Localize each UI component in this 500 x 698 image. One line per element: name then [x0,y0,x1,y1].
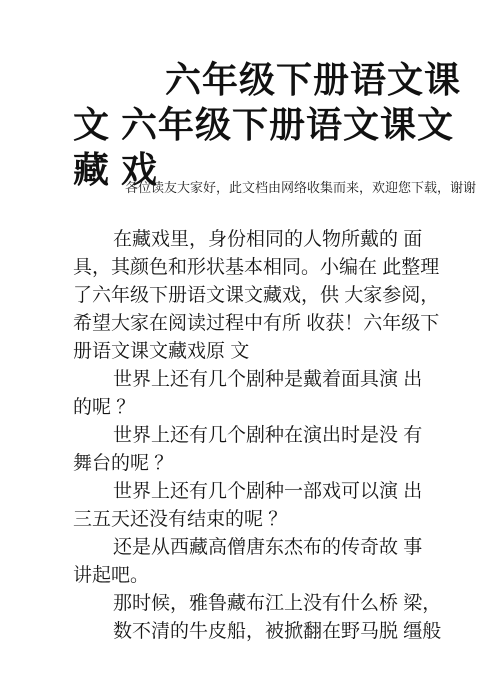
body-line: 具，其颜色和形状基本相同。小编在 此整理 [73,254,473,282]
document-title: 六年级下册语文课 文 六年级下册语文课文 藏 戏 [73,57,483,192]
body-line: 册语文课文藏戏原 文 [73,338,473,366]
body-line: 世界上还有几个剧种是戴着面具演 出 [73,366,473,394]
body-line: 那时候，雅鲁藏布江上没有什么桥 梁， [73,590,473,618]
body-line: 世界上还有几个剧种一部戏可以演 出 [73,478,473,506]
body-line: 数不清的牛皮船，被掀翻在野马脱 缰般 [73,618,473,646]
title-line: 文 六年级下册语文课文 [73,102,483,147]
body-line: 三五天还没有结束的呢 ？ [73,506,473,534]
title-line: 六年级下册语文课 [73,57,483,102]
body-line: 的呢 ？ [73,394,473,422]
body-line: 希望大家在阅读过程中有所 收获！六年级下 [73,310,473,338]
body-line: 讲起吧。 [73,562,473,590]
body-line: 舞台的呢 ？ [73,450,473,478]
body-line: 了六年级下册语文课文藏戏，供 大家参阅， [73,282,473,310]
body-line: 世界上还有几个剧种在演出时是没 有 [73,422,473,450]
document-body: 在藏戏里，身份相同的人物所戴的 面 具，其颜色和形状基本相同。小编在 此整理 了… [73,226,473,646]
body-line: 在藏戏里，身份相同的人物所戴的 面 [73,226,473,254]
collection-notice: 各位读友大家好，此文档由网络收集而来，欢迎您下载，谢谢 [125,180,476,196]
body-line: 还是从西藏高僧唐东杰布的传奇故 事 [73,534,473,562]
document-page: 六年级下册语文课 文 六年级下册语文课文 藏 戏 各位读友大家好，此文档由网络收… [0,0,500,698]
